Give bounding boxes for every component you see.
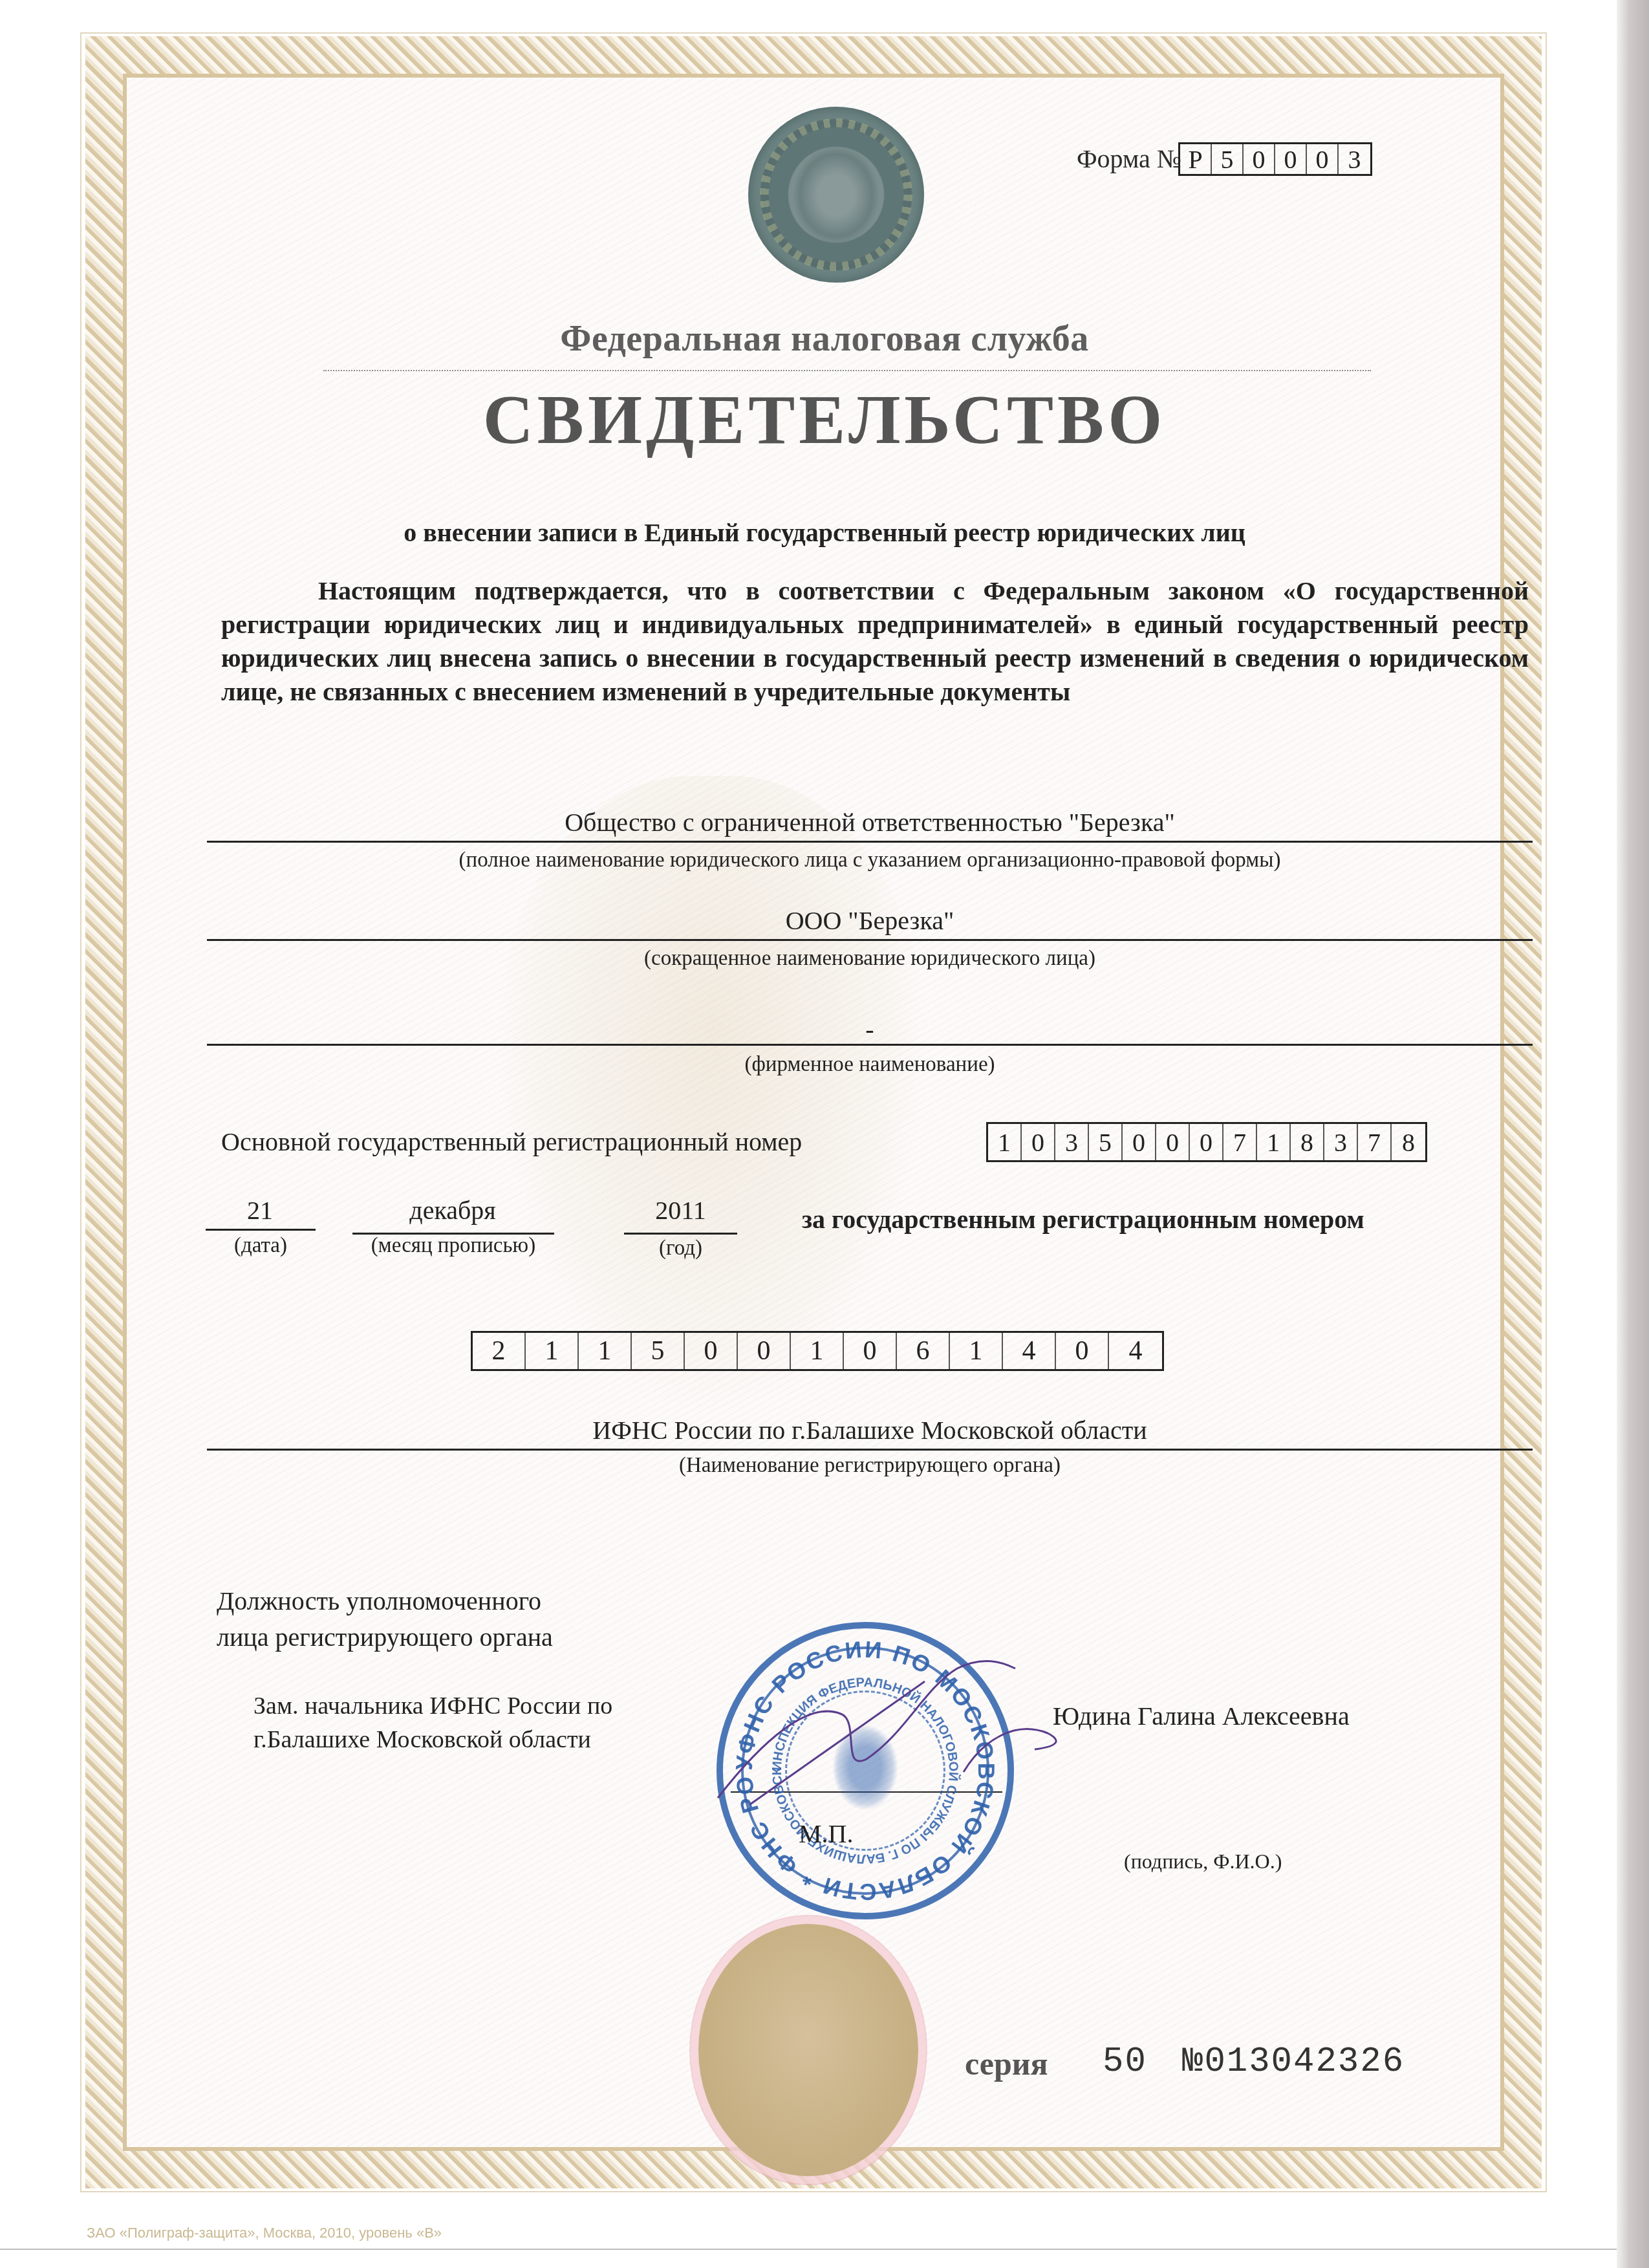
ogrn-digit-cell: 0 [1022,1124,1055,1160]
seal-place-mark: М.П. [799,1819,853,1849]
ogrn-digit-cell: 5 [1089,1124,1123,1160]
grn-digit-cell: 1 [579,1333,632,1369]
date-day: 21 [221,1195,299,1226]
signatory-official-title: Зам. начальника ИФНС России по г.Балаших… [253,1689,612,1756]
date-year: 2011 [624,1195,737,1226]
form-number-cell: 0 [1307,144,1339,174]
grn-digit-cell: 0 [738,1333,791,1369]
entity-short-name: ООО "Березка" [207,905,1533,936]
entity-short-name-line [207,939,1533,941]
ogrn-digit-cell: 3 [1324,1124,1358,1160]
entity-short-name-caption: (сокращенное наименование юридического л… [207,947,1533,971]
grn-digit-cell: 5 [632,1333,685,1369]
series-label: серия [965,2045,1048,2082]
form-number-cell: 0 [1275,144,1307,174]
ogrn-digit-cell: 0 [1190,1124,1223,1160]
grn-digit-cell: 4 [1003,1333,1056,1369]
form-number-cell: 0 [1244,144,1275,174]
ogrn-digit-cell: 0 [1156,1124,1190,1160]
ogrn-digit-cell: 8 [1392,1124,1425,1160]
signatory-name: Юдина Галина Алексеевна [1053,1701,1350,1731]
registration-number-label: за государственным регистрационным номер… [802,1204,1364,1235]
entity-full-name-line [207,841,1533,843]
grn-digit-cell: 6 [897,1333,950,1369]
agency-name: Федеральная налоговая служба [0,318,1649,360]
ogrn-cells: 1035000718378 [986,1122,1427,1162]
grn-digit-cell: 0 [1056,1333,1109,1369]
date-month: декабря [352,1195,553,1226]
state-registration-number-cells: 2115001061404 [471,1331,1164,1371]
grn-digit-cell: 4 [1109,1333,1162,1369]
signatory-position-label: Должность уполномоченного лица регистрир… [217,1583,553,1656]
blank-serial-number: №013042326 [1182,2042,1405,2082]
certification-paragraph: Настоящим подтверждается, что в соответс… [221,574,1529,709]
document-subtitle: о внесении записи в Единый государственн… [0,517,1649,548]
registering-authority-name: ИФНС России по г.Балашихе Московской обл… [207,1415,1533,1445]
ogrn-label: Основной государственный регистрационный… [221,1127,802,1157]
grn-digit-cell: 1 [526,1333,579,1369]
form-number-cells: Р50003 [1178,142,1372,176]
entity-brand-name-line [207,1044,1533,1046]
signatory-official-line2: г.Балашихе Московской области [253,1723,612,1756]
ogrn-digit-cell: 1 [1257,1124,1291,1160]
registering-authority-caption: (Наименование регистрирующего органа) [207,1454,1533,1478]
ogrn-digit-cell: 7 [1358,1124,1392,1160]
signatory-official-line1: Зам. начальника ИФНС России по [253,1689,612,1723]
grn-digit-cell: 0 [844,1333,897,1369]
gold-foil-seal-icon [698,1924,918,2176]
entity-brand-name-caption: (фирменное наименование) [207,1053,1533,1077]
ogrn-digit-cell: 3 [1055,1124,1089,1160]
scan-bottom-edge [0,2249,1617,2250]
date-year-caption: (год) [624,1237,737,1260]
grn-digit-cell: 1 [950,1333,1003,1369]
date-month-caption: (месяц прописью) [352,1234,554,1258]
date-day-caption: (дата) [206,1234,316,1258]
ogrn-digit-cell: 8 [1291,1124,1324,1160]
document-title: СВИДЕТЕЛЬСТВО [0,380,1649,460]
signatory-position-label-line1: Должность уполномоченного [217,1583,553,1619]
series-number: 50 [1103,2042,1147,2082]
hologram-emblem-icon [748,107,924,283]
form-number-cell: 5 [1212,144,1244,174]
ogrn-digit-cell: 1 [988,1124,1022,1160]
form-number-cell: 3 [1339,144,1370,174]
ogrn-digit-cell: 0 [1123,1124,1156,1160]
form-number-label: Форма № [1077,144,1181,174]
entity-full-name: Общество с ограниченной ответственностью… [207,807,1533,837]
grn-digit-cell: 0 [685,1333,738,1369]
form-number-cell: Р [1180,144,1212,174]
signatory-name-caption: (подпись, Ф.И.О.) [1124,1850,1282,1874]
eagle-watermark-icon [491,776,931,1423]
grn-digit-cell: 1 [791,1333,844,1369]
handwritten-signature [711,1643,1073,1811]
date-year-line [624,1233,737,1235]
printer-imprint: ЗАО «Полиграф-защита», Москва, 2010, уро… [87,2225,442,2241]
entity-brand-name: - [207,1014,1533,1044]
registering-authority-line [207,1449,1533,1451]
grn-digit-cell: 2 [473,1333,526,1369]
date-day-line [206,1229,316,1231]
header-divider [323,370,1371,371]
signatory-position-label-line2: лица регистрирующего органа [217,1619,553,1656]
entity-full-name-caption: (полное наименование юридического лица с… [207,848,1533,872]
ogrn-digit-cell: 7 [1223,1124,1257,1160]
